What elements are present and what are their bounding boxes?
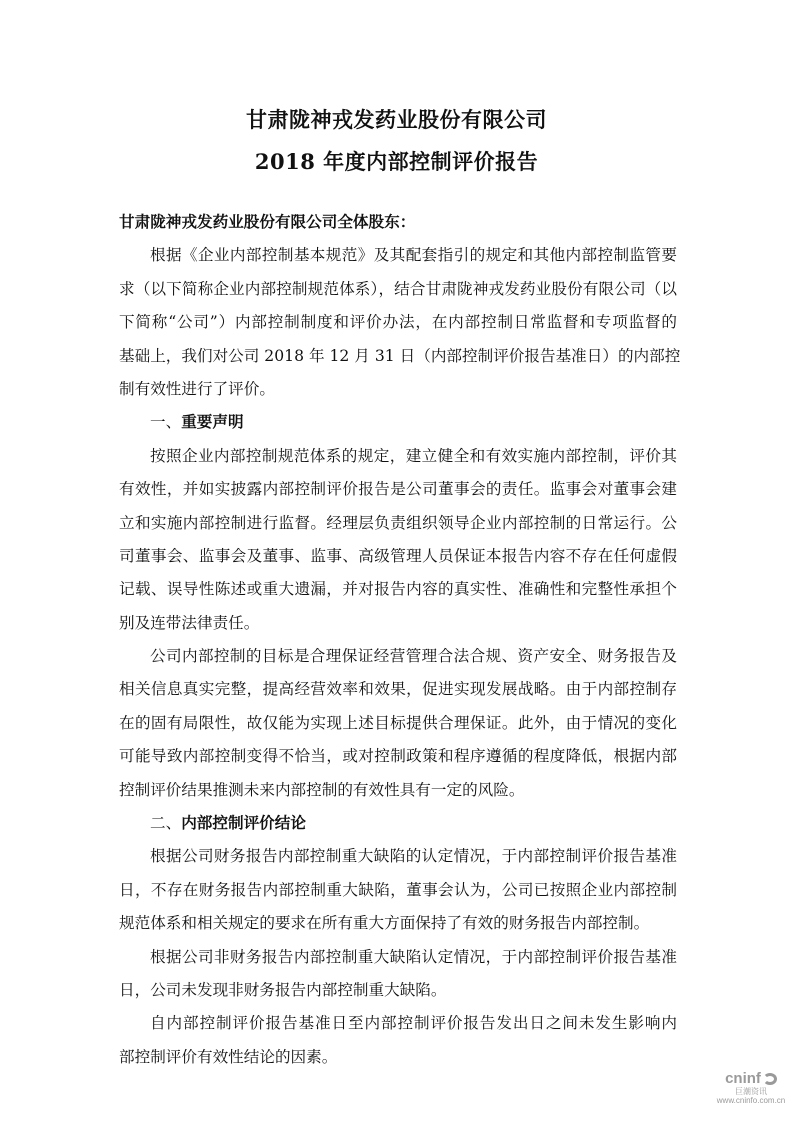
text-line: 日，公司未发现非财务报告内部控制重大缺陷。 (119, 974, 677, 1007)
text-line: 根据公司财务报告内部控制重大缺陷的认定情况，于内部控制评价报告基准 (119, 840, 677, 873)
cninfo-swirl-icon (763, 1073, 777, 1085)
text-line: 根据公司非财务报告内部控制重大缺陷认定情况，于内部控制评价报告基准 (119, 941, 677, 974)
section-number: 一、 (150, 413, 181, 431)
intro-paragraph: 根据《企业内部控制基本规范》及其配套指引的规定和其他内部控制监管要 求（以下简称… (119, 239, 677, 406)
section-heading-important-statement: 一、重要声明 (119, 406, 677, 439)
paragraph: 按照企业内部控制规范体系的规定，建立健全和有效实施内部控制，评价其 有效性，并如… (119, 440, 677, 640)
report-body: 甘肃陇神戎发药业股份有限公司全体股东： 根据《企业内部控制基本规范》及其配套指引… (119, 206, 677, 1074)
logo-text: cninf (725, 1070, 761, 1087)
watermark-url: www.cninfo.com.cn (712, 1096, 790, 1105)
text-line: 日，不存在财务报告内部控制重大缺陷，董事会认为，公司已按照企业内部控制 (119, 874, 677, 907)
paragraph: 自内部控制评价报告基准日至内部控制评价报告发出日之间未发生影响内 部控制评价有效… (119, 1007, 677, 1074)
text-line: 下简称“公司”）内部控制制度和评价办法，在内部控制日常监督和专项监督的 (119, 306, 677, 339)
section-heading-evaluation-conclusion: 二、内部控制评价结论 (119, 807, 677, 840)
watermark-subtitle: 巨潮资讯 (712, 1087, 790, 1096)
paragraph: 公司内部控制的目标是合理保证经营管理合法合规、资产安全、财务报告及 相关信息真实… (119, 640, 677, 807)
section-title: 重要声明 (181, 413, 243, 431)
cninfo-watermark: cninf 巨潮资讯 www.cninfo.com.cn (712, 1070, 790, 1105)
text-line: 求（以下简称企业内部控制规范体系），结合甘肃陇神戎发药业股份有限公司（以 (119, 273, 677, 306)
text-line: 按照企业内部控制规范体系的规定，建立健全和有效实施内部控制，评价其 (119, 440, 677, 473)
text-line: 规范体系和相关规定的要求在所有重大方面保持了有效的财务报告内部控制。 (119, 907, 677, 940)
text-line: 自内部控制评价报告基准日至内部控制评价报告发出日之间未发生影响内 (119, 1007, 677, 1040)
section-title: 内部控制评价结论 (181, 814, 306, 832)
company-title: 甘肃陇神戎发药业股份有限公司 (0, 104, 793, 134)
section-number: 二、 (150, 814, 181, 832)
text-line: 根据《企业内部控制基本规范》及其配套指引的规定和其他内部控制监管要 (119, 239, 677, 272)
text-line: 相关信息真实完整，提高经营效率和效果，促进实现发展战略。由于内部控制存 (119, 673, 677, 706)
text-line: 记载、误导性陈述或重大遗漏，并对报告内容的真实性、准确性和完整性承担个 (119, 573, 677, 606)
text-line: 在的固有局限性，故仅能为实现上述目标提供合理保证。此外，由于情况的变化 (119, 707, 677, 740)
paragraph: 根据公司非财务报告内部控制重大缺陷认定情况，于内部控制评价报告基准 日，公司未发… (119, 941, 677, 1008)
cninfo-logo: cninf (712, 1070, 790, 1087)
text-line: 有效性，并如实披露内部控制评价报告是公司董事会的责任。监事会对董事会建 (119, 473, 677, 506)
text-line: 基础上，我们对公司 2018 年 12 月 31 日（内部控制评价报告基准日）的… (119, 340, 677, 373)
text-line: 制有效性进行了评价。 (119, 373, 677, 406)
report-title: 2018 年度内部控制评价报告 (0, 146, 793, 176)
text-line: 控制评价结果推测未来内部控制的有效性具有一定的风险。 (119, 774, 677, 807)
paragraph: 根据公司财务报告内部控制重大缺陷的认定情况，于内部控制评价报告基准 日，不存在财… (119, 840, 677, 940)
text-line: 别及连带法律责任。 (119, 607, 677, 640)
text-line: 可能导致内部控制变得不恰当，或对控制政策和程序遵循的程度降低，根据内部 (119, 740, 677, 773)
salutation: 甘肃陇神戎发药业股份有限公司全体股东： (119, 206, 677, 239)
text-line: 公司内部控制的目标是合理保证经营管理合法合规、资产安全、财务报告及 (119, 640, 677, 673)
text-line: 司董事会、监事会及董事、监事、高级管理人员保证本报告内容不存在任何虚假 (119, 540, 677, 573)
text-line: 立和实施内部控制进行监督。经理层负责组织领导企业内部控制的日常运行。公 (119, 507, 677, 540)
text-line: 部控制评价有效性结论的因素。 (119, 1041, 677, 1074)
